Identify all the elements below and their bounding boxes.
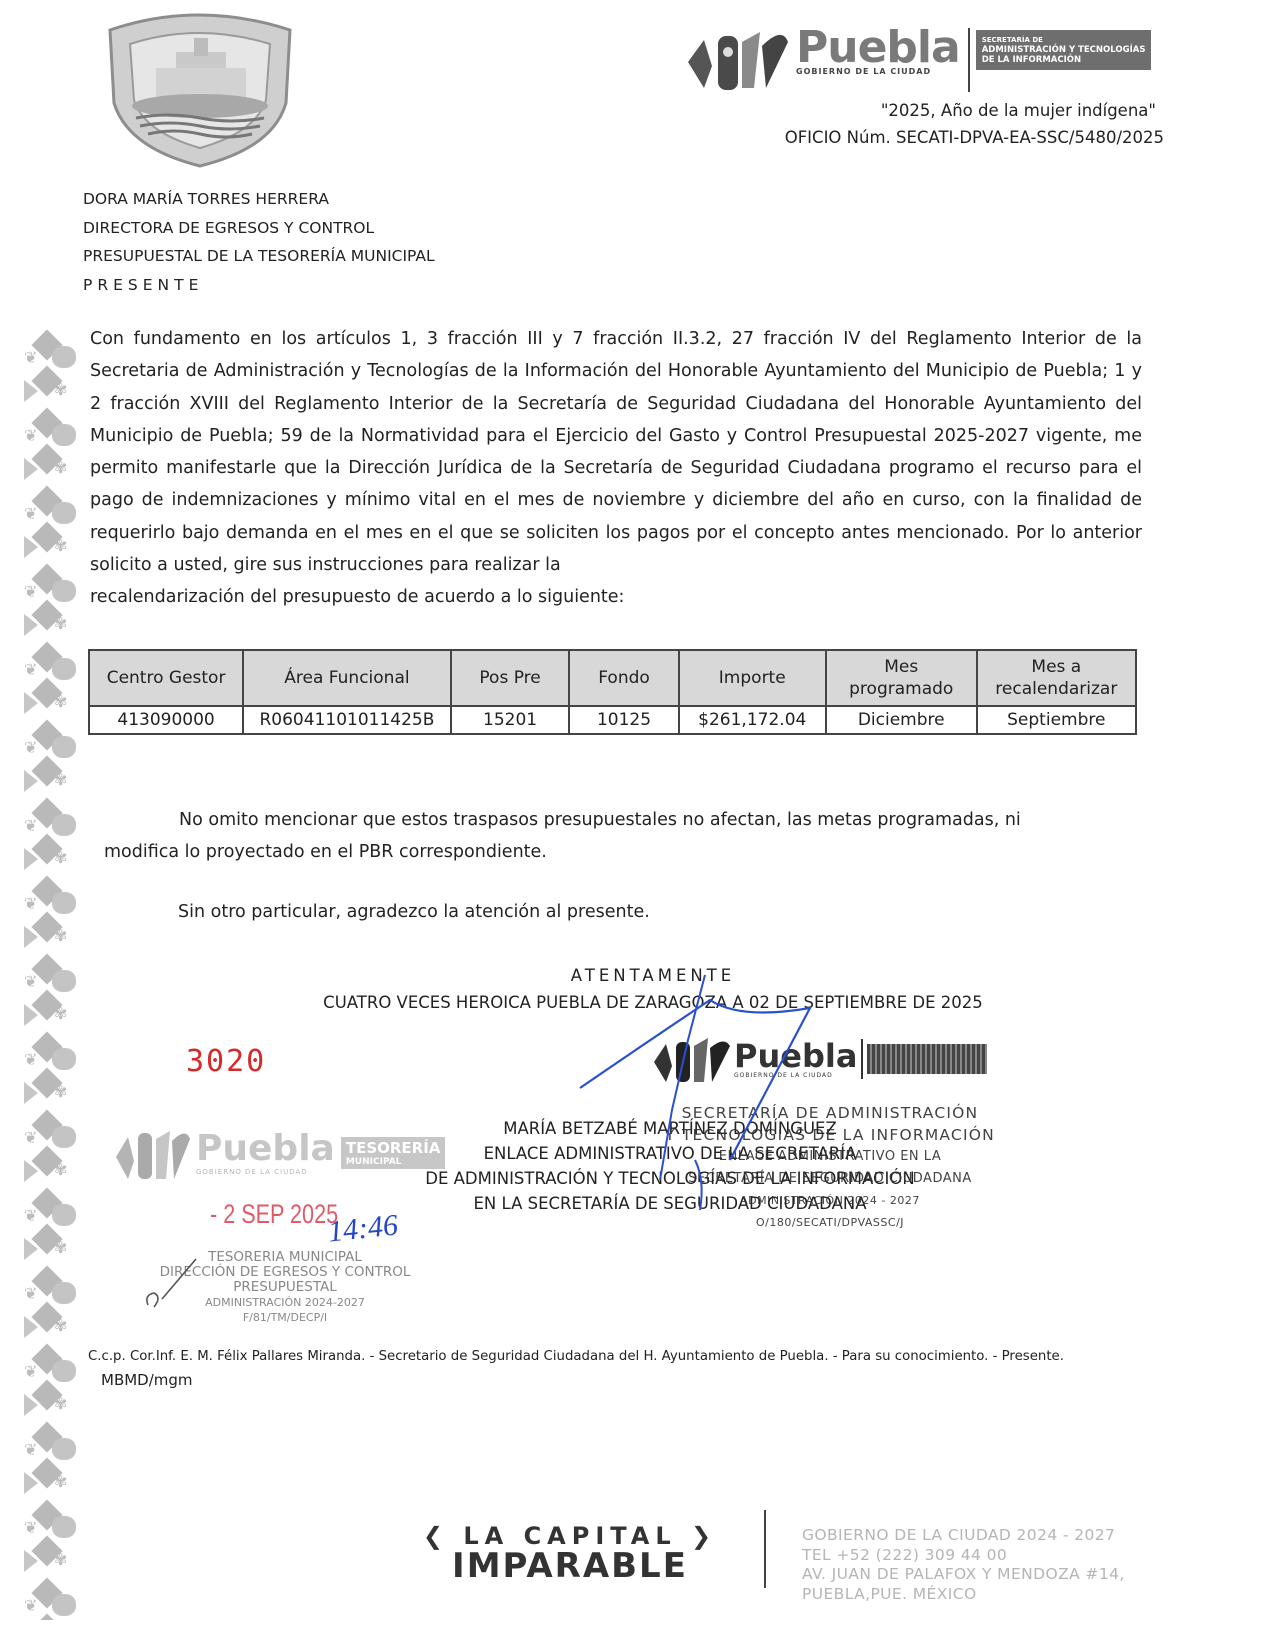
ccp-detail: - Secretario de Seguridad Ciudadana del … — [365, 1349, 1064, 1364]
cell-pos-pre: 15201 — [451, 706, 570, 734]
initial-mark — [140, 1255, 210, 1315]
addressee-block: DORA MARÍA TORRES HERRERA DIRECTORA DE E… — [83, 185, 435, 299]
footer-contact-info: GOBIERNO DE LA CIUDAD 2024 - 2027 TEL +5… — [802, 1526, 1125, 1604]
ccp-recipient: C.c.p. Cor.Inf. E. M. Félix Pallares Mir… — [88, 1349, 365, 1364]
footer-divider — [764, 1510, 766, 1588]
folio-number-stamp: 3020 — [186, 1044, 266, 1079]
oficio-number: OFICIO Núm. SECATI-DPVA-EA-SSC/5480/2025 — [785, 128, 1164, 147]
table-row: 413090000 R06041101011425B 15201 10125 $… — [89, 706, 1136, 734]
col-mes-programado: Mes programado — [826, 650, 977, 706]
received-date-stamp: - 2 SEP 2025 — [210, 1199, 338, 1230]
year-motto: "2025, Año de la mujer indígena" — [881, 101, 1156, 120]
budget-table: Centro Gestor Área Funcional Pos Pre Fon… — [88, 649, 1137, 735]
col-mes-recalendarizar: Mes a recalendarizar — [977, 650, 1136, 706]
col-importe: Importe — [679, 650, 826, 706]
cell-area-funcional: R06041101011425B — [243, 706, 451, 734]
body-paragraph-2: No omito mencionar que estos traspasos p… — [104, 804, 1138, 868]
cell-mes-recalendarizar: Septiembre — [977, 706, 1136, 734]
addressee-name: DORA MARÍA TORRES HERRERA — [83, 185, 435, 214]
greeting: PRESENTE — [83, 271, 435, 300]
gobierno-label: GOBIERNO DE LA CIUDAD — [796, 67, 960, 76]
cell-centro-gestor: 413090000 — [89, 706, 243, 734]
author-initials: MBMD/mgm — [101, 1371, 193, 1389]
left-wing-icon: ❮ — [423, 1522, 449, 1550]
col-pos-pre: Pos Pre — [451, 650, 570, 706]
addressee-title-2: PRESUPUESTAL DE LA TESORERÍA MUNICIPAL — [83, 242, 435, 271]
secretaria-box — [867, 1044, 987, 1074]
puebla-secati-logo: Puebla GOBIERNO DE LA CIUDAD SECRETARÍA … — [682, 22, 1230, 102]
col-area-funcional: Área Funcional — [243, 650, 451, 706]
la-capital-imparable-logo: ❮ LA CAPITAL ❯ IMPARABLE — [420, 1522, 720, 1582]
col-fondo: Fondo — [569, 650, 678, 706]
cell-fondo: 10125 — [569, 706, 678, 734]
puebla-emblem-icon — [682, 22, 792, 94]
table-header-row: Centro Gestor Área Funcional Pos Pre Fon… — [89, 650, 1136, 706]
ccp-line: C.c.p. Cor.Inf. E. M. Félix Pallares Mir… — [88, 1349, 1064, 1364]
addressee-title-1: DIRECTORA DE EGRESOS Y CONTROL — [83, 214, 435, 243]
city-shield-logo — [98, 8, 303, 168]
body-paragraph-3: Sin otro particular, agradezco la atenci… — [178, 902, 650, 922]
puebla-emblem-icon — [112, 1123, 192, 1183]
cell-mes-programado: Diciembre — [826, 706, 977, 734]
col-centro-gestor: Centro Gestor — [89, 650, 243, 706]
handwritten-signature — [560, 960, 860, 1260]
secretaria-box: SECRETARÍA DE ADMINISTRACIÓN Y TECNOLOGÍ… — [976, 30, 1152, 70]
right-wing-icon: ❯ — [691, 1522, 717, 1550]
cell-importe: $261,172.04 — [679, 706, 826, 734]
body-paragraph-1: Con fundamento en los artículos 1, 3 fra… — [90, 323, 1142, 614]
puebla-wordmark: Puebla — [796, 22, 960, 73]
